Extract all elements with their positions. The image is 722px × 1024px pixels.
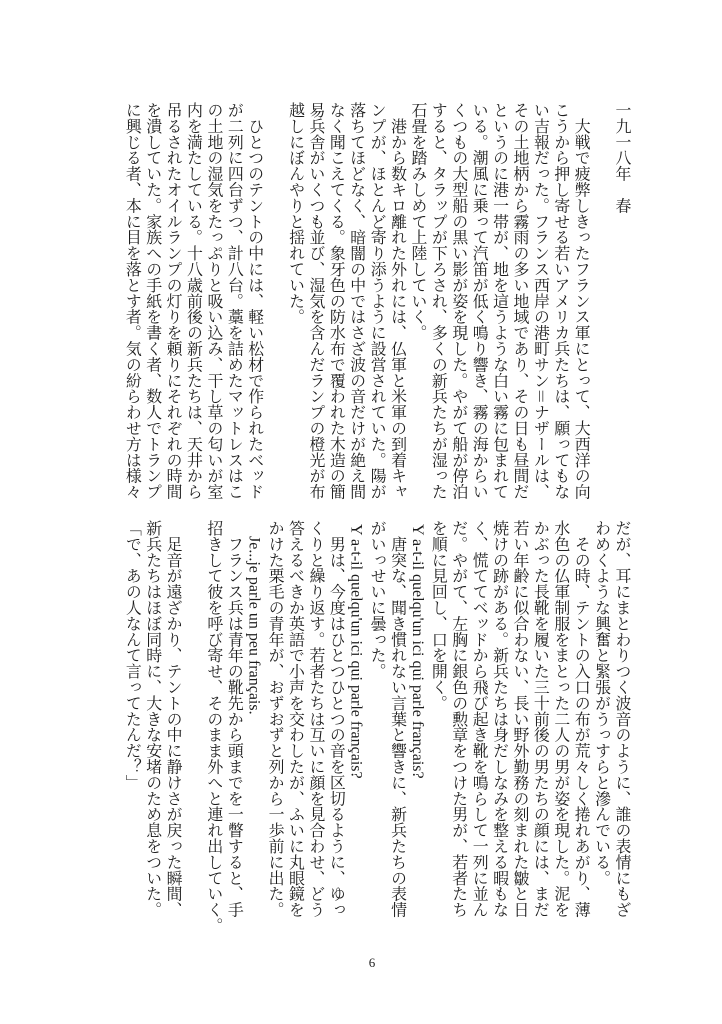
blank-line (182, 520, 202, 920)
blank-line (590, 102, 610, 502)
text-line: わめくような興奮と緊張がうっすらと滲んでいる。 (590, 520, 610, 920)
text-line: を順に見回し、口を開く。 (427, 520, 447, 920)
text-line: 新兵たちはほぼ同時に、大きな安堵のため息をついた。 (141, 520, 161, 920)
text-line: 吊るされたオイルランプの灯りを頼りにそれぞれの時間 (162, 102, 182, 502)
text-line: 若い年齢に似合わない、長い野外勤務の刻まれた皺と日 (509, 520, 529, 920)
french-line: Y a-t-il quelqu'un ici qui parle françai… (345, 520, 365, 920)
dialogue-paragraph: 「で、あの人なんて言ってたんだ？」 (121, 520, 141, 920)
text-line: 招きして彼を呼び寄せ、そのまま外へと連れ出していく。 (202, 520, 222, 920)
text-line: 水色の仏軍制服をまとった二人の男が姿を現した。泥を (549, 520, 569, 920)
french-line: Y a-t-il quelqu'un ici qui parle françai… (407, 520, 427, 920)
top-text-block: 一九一八年 春 大戦で疲弊しきったフランス軍にとって、大西洋の向 こうから押し寄… (120, 102, 631, 502)
text-line: 答えるべきか英語で小声を交わしたが、ふいに丸眼鏡を (284, 520, 304, 920)
french-line: Je...je parle un peu français. (243, 520, 263, 920)
french-dialogue: Y a-t-il quelqu'un ici qui parle françai… (345, 520, 365, 920)
paragraph: 男は、今度はひとつひとつの音を区切るように、ゆっ くりと繰り返す。若者たちは互い… (264, 520, 346, 920)
text-line: かぶった長靴を履いた三十前後の男たちの顔には、まだ (529, 520, 549, 920)
page-number: 6 (369, 955, 376, 971)
paragraph: 足音が遠ざかり、テントの中に静けさが戻った瞬間、 新兵たちはほぼ同時に、大きな安… (141, 520, 182, 920)
text-line: くつもの大型船の黒い影が姿を現した。やがて船が停泊 (447, 102, 467, 502)
bottom-text-block: だが、耳にまとわりつく波音のように、誰の表情にもざ わめくような興奮と緊張がうっ… (120, 520, 631, 920)
text-line: なく聞こえてくる。象牙色の防水布で覆われた木造の簡 (325, 102, 345, 502)
text-line: いる。潮風に乗って汽笛が低く鳴り響き、霧の海からい (468, 102, 488, 502)
paragraph: 大戦で疲弊しきったフランス軍にとって、大西洋の向 こうから押し寄せる若いアメリカ… (407, 102, 591, 502)
text-line: を潰していた。家族への手紙を書く者、数人でトランプ (141, 102, 161, 502)
text-line: ひとつのテントの中には、軽い松材で作られたベッド (243, 102, 263, 502)
french-dialogue: Je...je parle un peu français. (243, 520, 263, 920)
text-line: く、慌ててベッドから飛び起き靴を鳴らして一列に並ん (468, 520, 488, 920)
text-line: くりと繰り返す。若者たちは互いに顔を見合わせ、どう (305, 520, 325, 920)
paragraph: ひとつのテントの中には、軽い松材で作られたベッド が二列に四台ずつ、計八台。藁を… (121, 102, 264, 502)
book-page: 一九一八年 春 大戦で疲弊しきったフランス軍にとって、大西洋の向 こうから押し寄… (0, 0, 722, 1024)
paragraph: 唐突な、聞き慣れない言葉と響きに、新兵たちの表情 がいっせいに曇った。 (366, 520, 407, 920)
text-line: 石畳を踏みしめて上陸していく。 (407, 102, 427, 502)
text-line: 越しにぼんやりと揺れていた。 (284, 102, 304, 502)
text-line: 港から数キロ離れた外れには、仏軍と米軍の到着キャ (386, 102, 406, 502)
text-line: かけた栗毛の青年が、おずおずと列から一歩前に出た。 (264, 520, 284, 920)
text-line: 足音が遠ざかり、テントの中に静けさが戻った瞬間、 (162, 520, 182, 920)
text-line: 唐突な、聞き慣れない言葉と響きに、新兵たちの表情 (386, 520, 406, 920)
text-line: だが、耳にまとわりつく波音のように、誰の表情にもざ (611, 520, 631, 920)
text-line: こうから押し寄せる若いアメリカ兵たちは、願ってもな (549, 102, 569, 502)
text-line: だ。やがて、左胸に銀色の勲章をつけた男が、若者たち (447, 520, 467, 920)
text-line: 焼けの跡がある。新兵たちは身だしなみを整える暇もな (488, 520, 508, 920)
text-line: に興じる者、本に目を落とす者。気の紛らわせ方は様々 (121, 102, 141, 502)
text-line: い吉報だった。フランス西岸の港町サン＝ナザールは、 (529, 102, 549, 502)
text-line: ンプが、ほとんど寄り添うように設営されていた。陽が (366, 102, 386, 502)
text-line: その時、テントの入口の布が荒々しく捲れあがり、薄 (570, 520, 590, 920)
text-line: 易兵舎がいくつも並び、湿気を含んだランプの橙光が布 (305, 102, 325, 502)
text-line: 大戦で疲弊しきったフランス軍にとって、大西洋の向 (570, 102, 590, 502)
paragraph: その時、テントの入口の布が荒々しく捲れあがり、薄 水色の仏軍制服をまとった二人の… (427, 520, 590, 920)
text-line: フランス兵は青年の靴先から頭までを一瞥すると、手 (223, 520, 243, 920)
blank-line (264, 102, 284, 502)
text-line: その土地柄から霧雨の多い地域であり、その日も昼間だ (509, 102, 529, 502)
text-line: 男は、今度はひとつひとつの音を区切るように、ゆっ (325, 520, 345, 920)
text-line: がいっせいに曇った。 (366, 520, 386, 920)
paragraph: フランス兵は青年の靴先から頭までを一瞥すると、手 招きして彼を呼び寄せ、そのまま… (202, 520, 243, 920)
text-line: というのに港一帯が、地を這うような白い霧に包まれて (488, 102, 508, 502)
text-line: 「で、あの人なんて言ってたんだ？」 (121, 520, 141, 920)
paragraph: だが、耳にまとわりつく波音のように、誰の表情にもざ わめくような興奮と緊張がうっ… (590, 520, 631, 920)
text-line: が二列に四台ずつ、計八台。藁を詰めたマットレスはこ (223, 102, 243, 502)
text-line: すると、タラップが下ろされ、多くの新兵たちが湿った (427, 102, 447, 502)
text-line: 落ちてほどなく、暗闇の中ではさざ波の音だけが絶え間 (345, 102, 365, 502)
chapter-heading: 一九一八年 春 (611, 102, 631, 502)
text-line: の土地の湿気をたっぷりと吸い込み、干し草の匂いが室 (203, 102, 223, 502)
paragraph: 港から数キロ離れた外れには、仏軍と米軍の到着キャ ンプが、ほとんど寄り添うように… (284, 102, 406, 502)
french-dialogue: Y a-t-il quelqu'un ici qui parle françai… (407, 520, 427, 920)
text-line: 内を満たしている。十八歳前後の新兵たちは、天井から (182, 102, 202, 502)
